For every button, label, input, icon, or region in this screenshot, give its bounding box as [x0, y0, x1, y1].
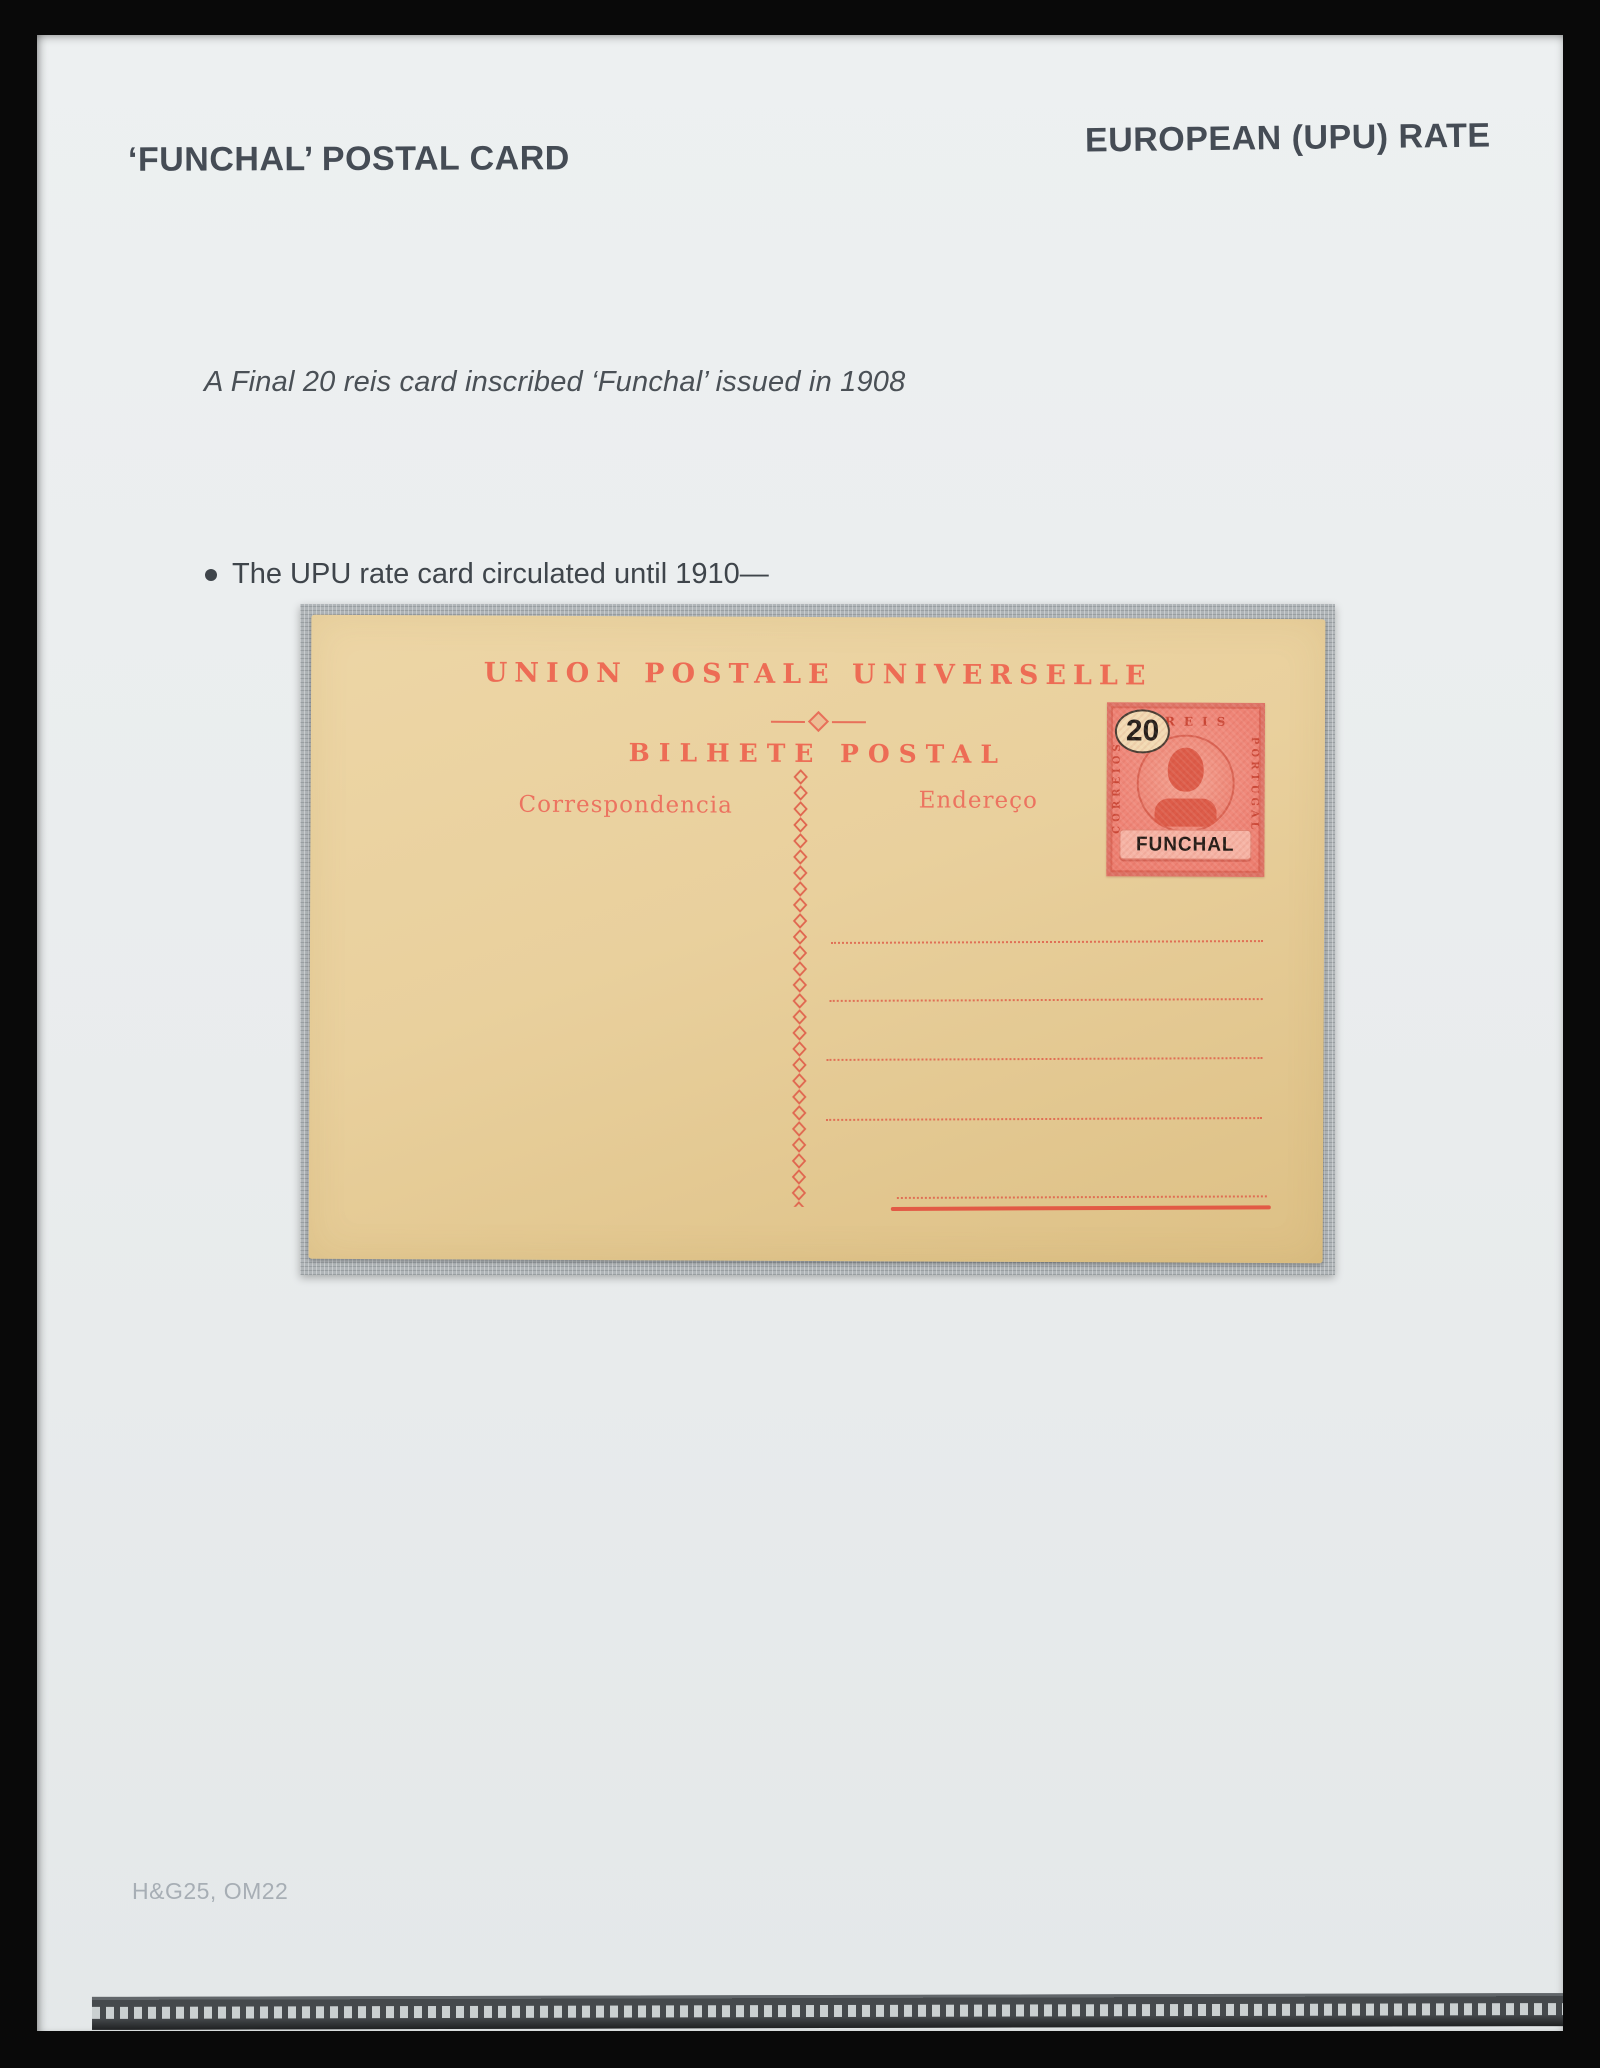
- ornament-line: [770, 720, 804, 722]
- address-underline: [891, 1205, 1271, 1211]
- stamp-overprint-ribbon: FUNCHAL: [1119, 829, 1251, 860]
- caption-text: A Final 20 reis card inscribed ‘Funchal’…: [204, 366, 905, 399]
- stamp-correios-text: CORREIOS: [1111, 740, 1122, 834]
- diamond-chain-divider-icon: [791, 769, 809, 1207]
- portrait-head: [1168, 748, 1204, 792]
- ornament-diamond: [807, 711, 828, 732]
- photo-backdrop: ‘FUNCHAL’ POSTAL CARD EUROPEAN (UPU) RAT…: [0, 0, 1600, 2068]
- binder-comb-edge: [92, 1993, 1563, 2030]
- catalogue-reference: H&G25, OM22: [132, 1878, 288, 1905]
- upu-title: UNION POSTALE UNIVERSELLE: [311, 657, 1325, 692]
- stamp-imprint: REIS CORREIOS PORTUGAL 20 FUNCHAL: [1106, 702, 1265, 877]
- address-line: [826, 1117, 1262, 1121]
- address-line: [897, 1195, 1267, 1199]
- card-mount: UNION POSTALE UNIVERSELLE BILHETE POSTAL…: [300, 604, 1335, 1275]
- address-line: [826, 1057, 1262, 1061]
- postal-card: UNION POSTALE UNIVERSELLE BILHETE POSTAL…: [309, 615, 1326, 1263]
- stamp-reis-text: REIS: [1165, 715, 1234, 729]
- stamp-portugal-text: PORTUGAL: [1248, 737, 1259, 833]
- king-carlos-portrait: [1136, 734, 1234, 832]
- bullet-dot-icon: [205, 569, 217, 581]
- ornament-line: [831, 721, 865, 723]
- page-title-right: EUROPEAN (UPU) RATE: [1085, 117, 1491, 161]
- address-label: Endereço: [919, 787, 1038, 814]
- stamp-denomination: 20: [1115, 709, 1171, 753]
- bullet-note: The UPU rate card circulated until 1910—: [205, 558, 769, 591]
- stamp-overprint-text: FUNCHAL: [1136, 833, 1235, 856]
- album-page: ‘FUNCHAL’ POSTAL CARD EUROPEAN (UPU) RAT…: [37, 35, 1563, 2031]
- portrait-shoulders: [1154, 798, 1216, 826]
- address-line: [831, 940, 1263, 944]
- bullet-note-text: The UPU rate card circulated until 1910—: [232, 558, 769, 591]
- address-line: [830, 998, 1263, 1002]
- page-title-left: ‘FUNCHAL’ POSTAL CARD: [128, 139, 570, 180]
- correspondence-label: Correspondencia: [519, 792, 733, 819]
